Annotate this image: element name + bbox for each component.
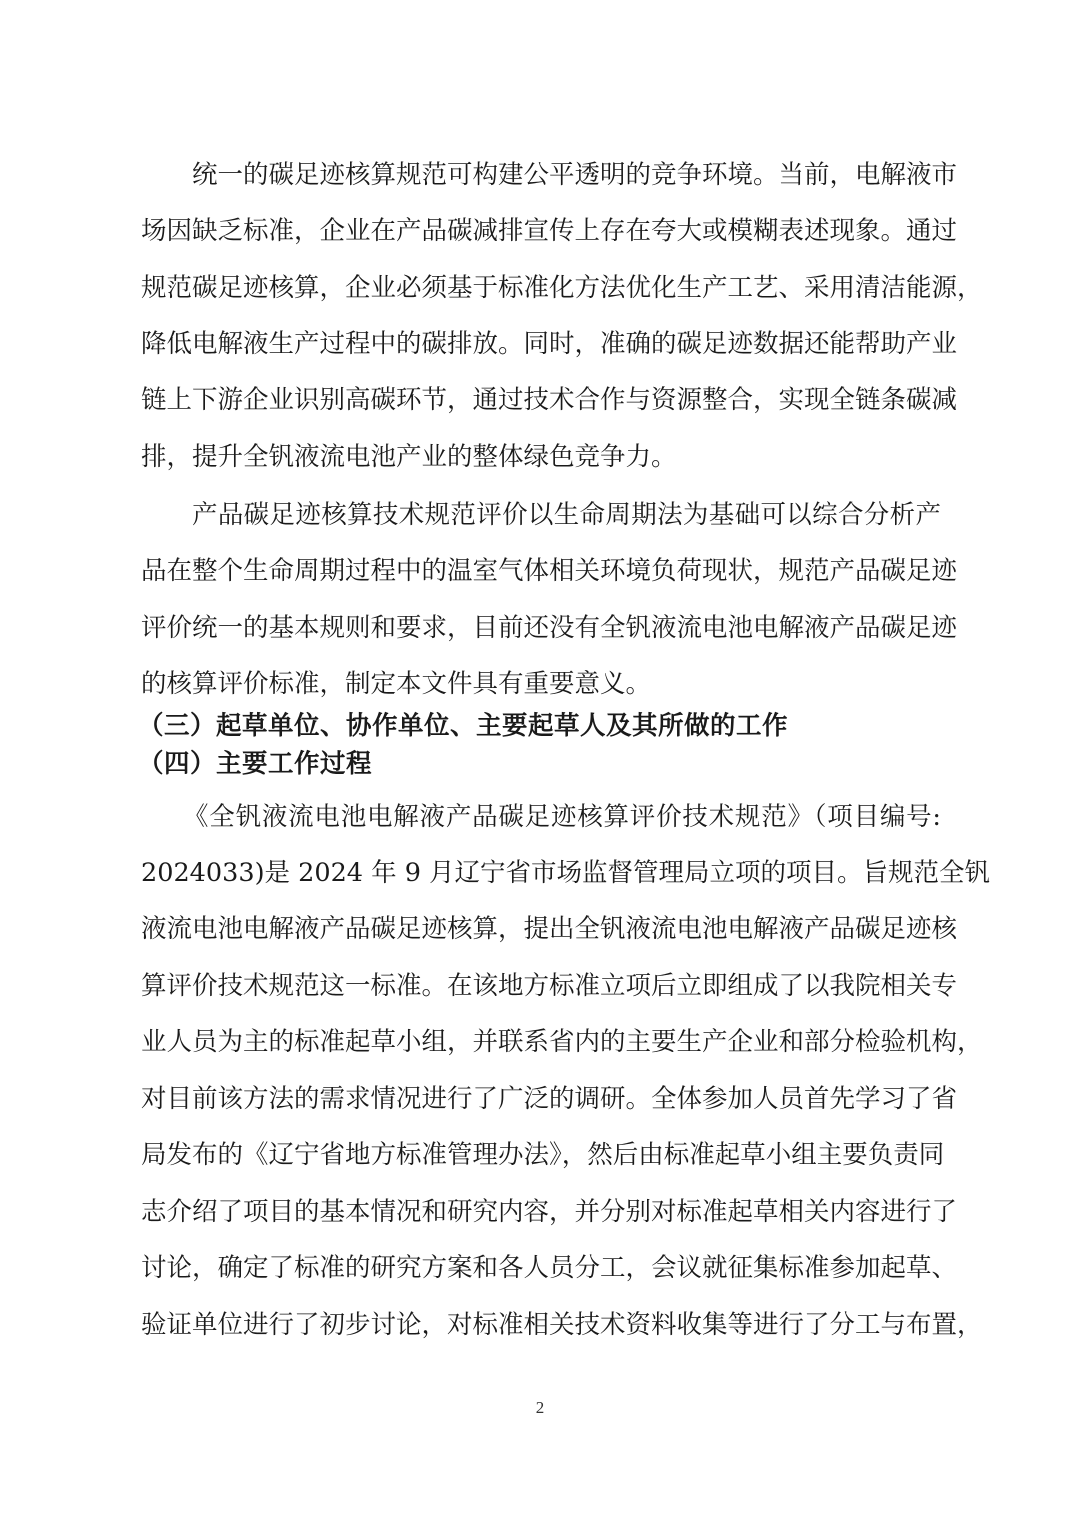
- paragraph-2-line-1: 产品碳足迹核算技术规范评价以生命周期法为基础可以综合分析产: [192, 495, 941, 535]
- paragraph-3-line-3: 液流电池电解液产品碳足迹核算，提出全钒液流电池电解液产品碳足迹核: [141, 909, 941, 949]
- paragraph-2-line-4: 的核算评价标准，制定本文件具有重要意义。: [141, 664, 941, 704]
- paragraph-3-line-8: 志介绍了项目的基本情况和研究内容，并分别对标准起草相关内容进行了: [141, 1192, 941, 1232]
- paragraph-2-line-2: 品在整个生命周期过程中的温室气体相关环境负荷现状，规范产品碳足迹: [141, 551, 941, 591]
- paragraph-1-line-6: 排，提升全钒液流电池产业的整体绿色竞争力。: [141, 437, 941, 477]
- section-heading-3: （三）起草单位、协作单位、主要起草人及其所做的工作: [138, 706, 788, 746]
- paragraph-1-line-1: 统一的碳足迹核算规范可构建公平透明的竞争环境。当前，电解液市: [192, 155, 941, 195]
- paragraph-3-line-7: 局发布的《辽宁省地方标准管理办法》，然后由标准起草小组主要负责同: [141, 1135, 941, 1175]
- paragraph-3-line-1: 《全钒液流电池电解液产品碳足迹核算评价技术规范》（项目编号:: [183, 797, 941, 837]
- paragraph-3-line-10: 验证单位进行了初步讨论，对标准相关技术资料收集等进行了分工与布置，: [141, 1305, 941, 1345]
- paragraph-3-line-4: 算评价技术规范这一标准。在该地方标准立项后立即组成了以我院相关专: [141, 966, 941, 1006]
- paragraph-3-line-9: 讨论，确定了标准的研究方案和各人员分工，会议就征集标准参加起草、: [141, 1248, 941, 1288]
- paragraph-3-line-2: 2024033)是 2024 年 9 月辽宁省市场监督管理局立项的项目。旨规范全…: [141, 853, 941, 893]
- paragraph-3-line-5: 业人员为主的标准起草小组，并联系省内的主要生产企业和部分检验机构，: [141, 1022, 941, 1062]
- paragraph-1-line-5: 链上下游企业识别高碳环节，通过技术合作与资源整合，实现全链条碳减: [141, 380, 941, 420]
- document-page: 统一的碳足迹核算规范可构建公平透明的竞争环境。当前，电解液市 场因缺乏标准，企业…: [0, 0, 1080, 1527]
- paragraph-3-line-6: 对目前该方法的需求情况进行了广泛的调研。全体参加人员首先学习了省: [141, 1079, 941, 1119]
- paragraph-1-line-4: 降低电解液生产过程中的碳排放。同时，准确的碳足迹数据还能帮助产业: [141, 324, 941, 364]
- paragraph-1-line-2: 场因缺乏标准，企业在产品碳减排宣传上存在夸大或模糊表述现象。通过: [141, 211, 941, 251]
- page-number: 2: [0, 1398, 1080, 1418]
- paragraph-2-line-3: 评价统一的基本规则和要求，目前还没有全钒液流电池电解液产品碳足迹: [141, 608, 941, 648]
- section-heading-4: （四）主要工作过程: [138, 744, 372, 784]
- paragraph-1-line-3: 规范碳足迹核算，企业必须基于标准化方法优化生产工艺、采用清洁能源，: [141, 268, 941, 308]
